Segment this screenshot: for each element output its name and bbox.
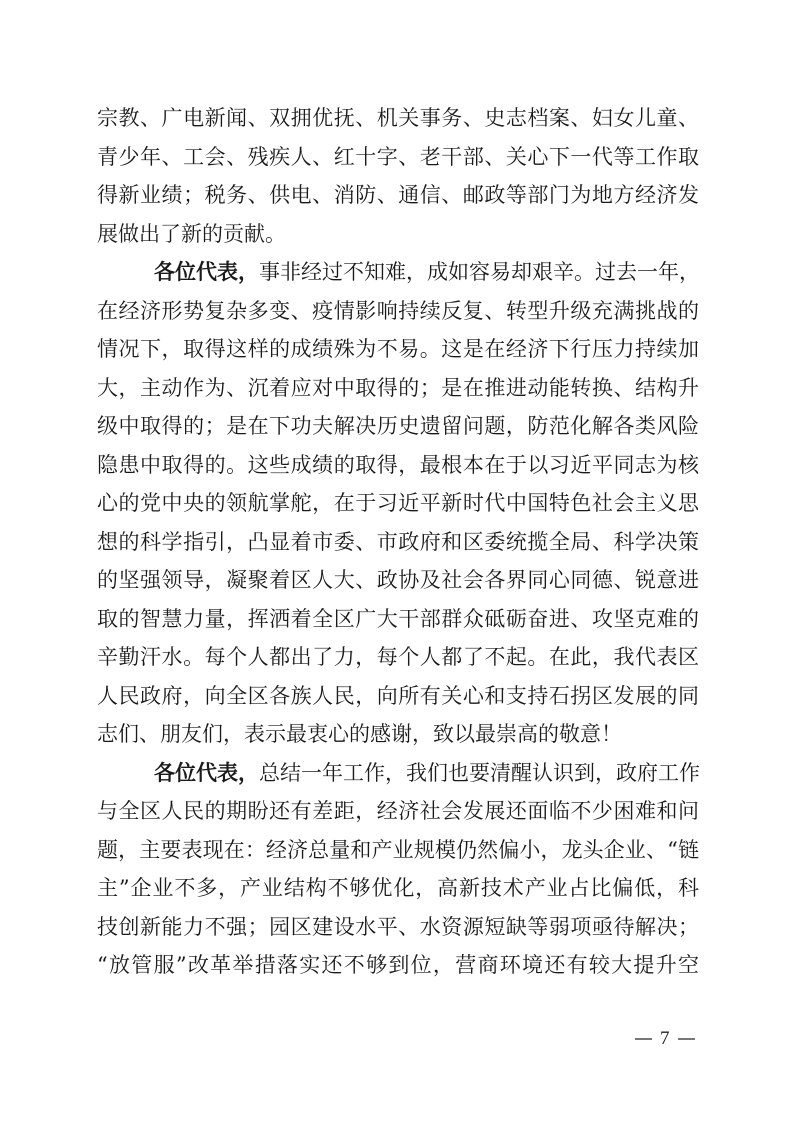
text-line: 与全区人民的期盼还有差距，经济社会发展还面临不少困难和问 — [97, 792, 699, 831]
paragraph-start-line: 各位代表，事非经过不知难，成如容易却艰辛。过去一年， — [97, 253, 699, 292]
text-span: 总结一年工作，我们也要清醒认识到，政府工作 — [259, 761, 700, 785]
text-line: 大，主动作为、沉着应对中取得的；是在推进动能转换、结构升 — [97, 369, 699, 408]
text-line: 青少年、工会、残疾人、红十字、老干部、关心下一代等工作取 — [97, 138, 699, 177]
page-number: 7 — [635, 1028, 695, 1050]
text-line: 辛勤汗水。每个人都出了力，每个人都了不起。在此，我代表区 — [97, 638, 699, 677]
text-line: 想的科学指引，凸显着市委、市政府和区委统揽全局、科学决策 — [97, 523, 699, 562]
text-line: 技创新能力不强；园区建设水平、水资源短缺等弱项亟待解决； — [97, 908, 699, 947]
paragraph-start-line: 各位代表，总结一年工作，我们也要清醒认识到，政府工作 — [97, 754, 699, 793]
text-line: 得新业绩；税务、供电、消防、通信、邮政等部门为地方经济发 — [97, 176, 699, 215]
text-line: 的坚强领导，凝聚着区人大、政协及社会各界同心同德、锐意进 — [97, 561, 699, 600]
text-line: 宗教、广电新闻、双拥优抚、机关事务、史志档案、妇女儿童、 — [97, 99, 699, 138]
paragraph-lead: 各位代表， — [154, 761, 259, 785]
text-line: 展做出了新的贡献。 — [97, 215, 699, 254]
text-line: 取的智慧力量，挥洒着全区广大干部群众砥砺奋进、攻坚克难的 — [97, 600, 699, 639]
text-line: 主”企业不多，产业结构不够优化，高新技术产业占比偏低，科 — [97, 869, 699, 908]
dash-left — [635, 1038, 652, 1040]
text-line: 题，主要表现在：经济总量和产业规模仍然偏小，龙头企业、“链 — [97, 831, 699, 870]
dash-right — [678, 1038, 695, 1040]
text-line: 隐患中取得的。这些成绩的取得，最根本在于以习近平同志为核 — [97, 446, 699, 485]
text-line: 在经济形势复杂多变、疫情影响持续反复、转型升级充满挑战的 — [97, 292, 699, 331]
text-line: 人民政府，向全区各族人民，向所有关心和支持石拐区发展的同 — [97, 677, 699, 716]
document-body: 宗教、广电新闻、双拥优抚、机关事务、史志档案、妇女儿童、 青少年、工会、残疾人、… — [97, 99, 699, 985]
text-line: 志们、朋友们，表示最衷心的感谢，致以最崇高的敬意！ — [97, 715, 699, 754]
text-line: “放管服”改革举措落实还不够到位，营商环境还有较大提升空 — [97, 946, 699, 985]
text-line: 情况下，取得这样的成绩殊为不易。这是在经济下行压力持续加 — [97, 330, 699, 369]
text-line: 级中取得的；是在下功夫解决历史遗留问题，防范化解各类风险 — [97, 407, 699, 446]
text-span: 事非经过不知难，成如容易却艰辛。过去一年， — [259, 260, 700, 284]
page-number-value: 7 — [660, 1028, 670, 1050]
paragraph-lead: 各位代表， — [154, 260, 259, 284]
text-line: 心的党中央的领航掌舵，在于习近平新时代中国特色社会主义思 — [97, 484, 699, 523]
